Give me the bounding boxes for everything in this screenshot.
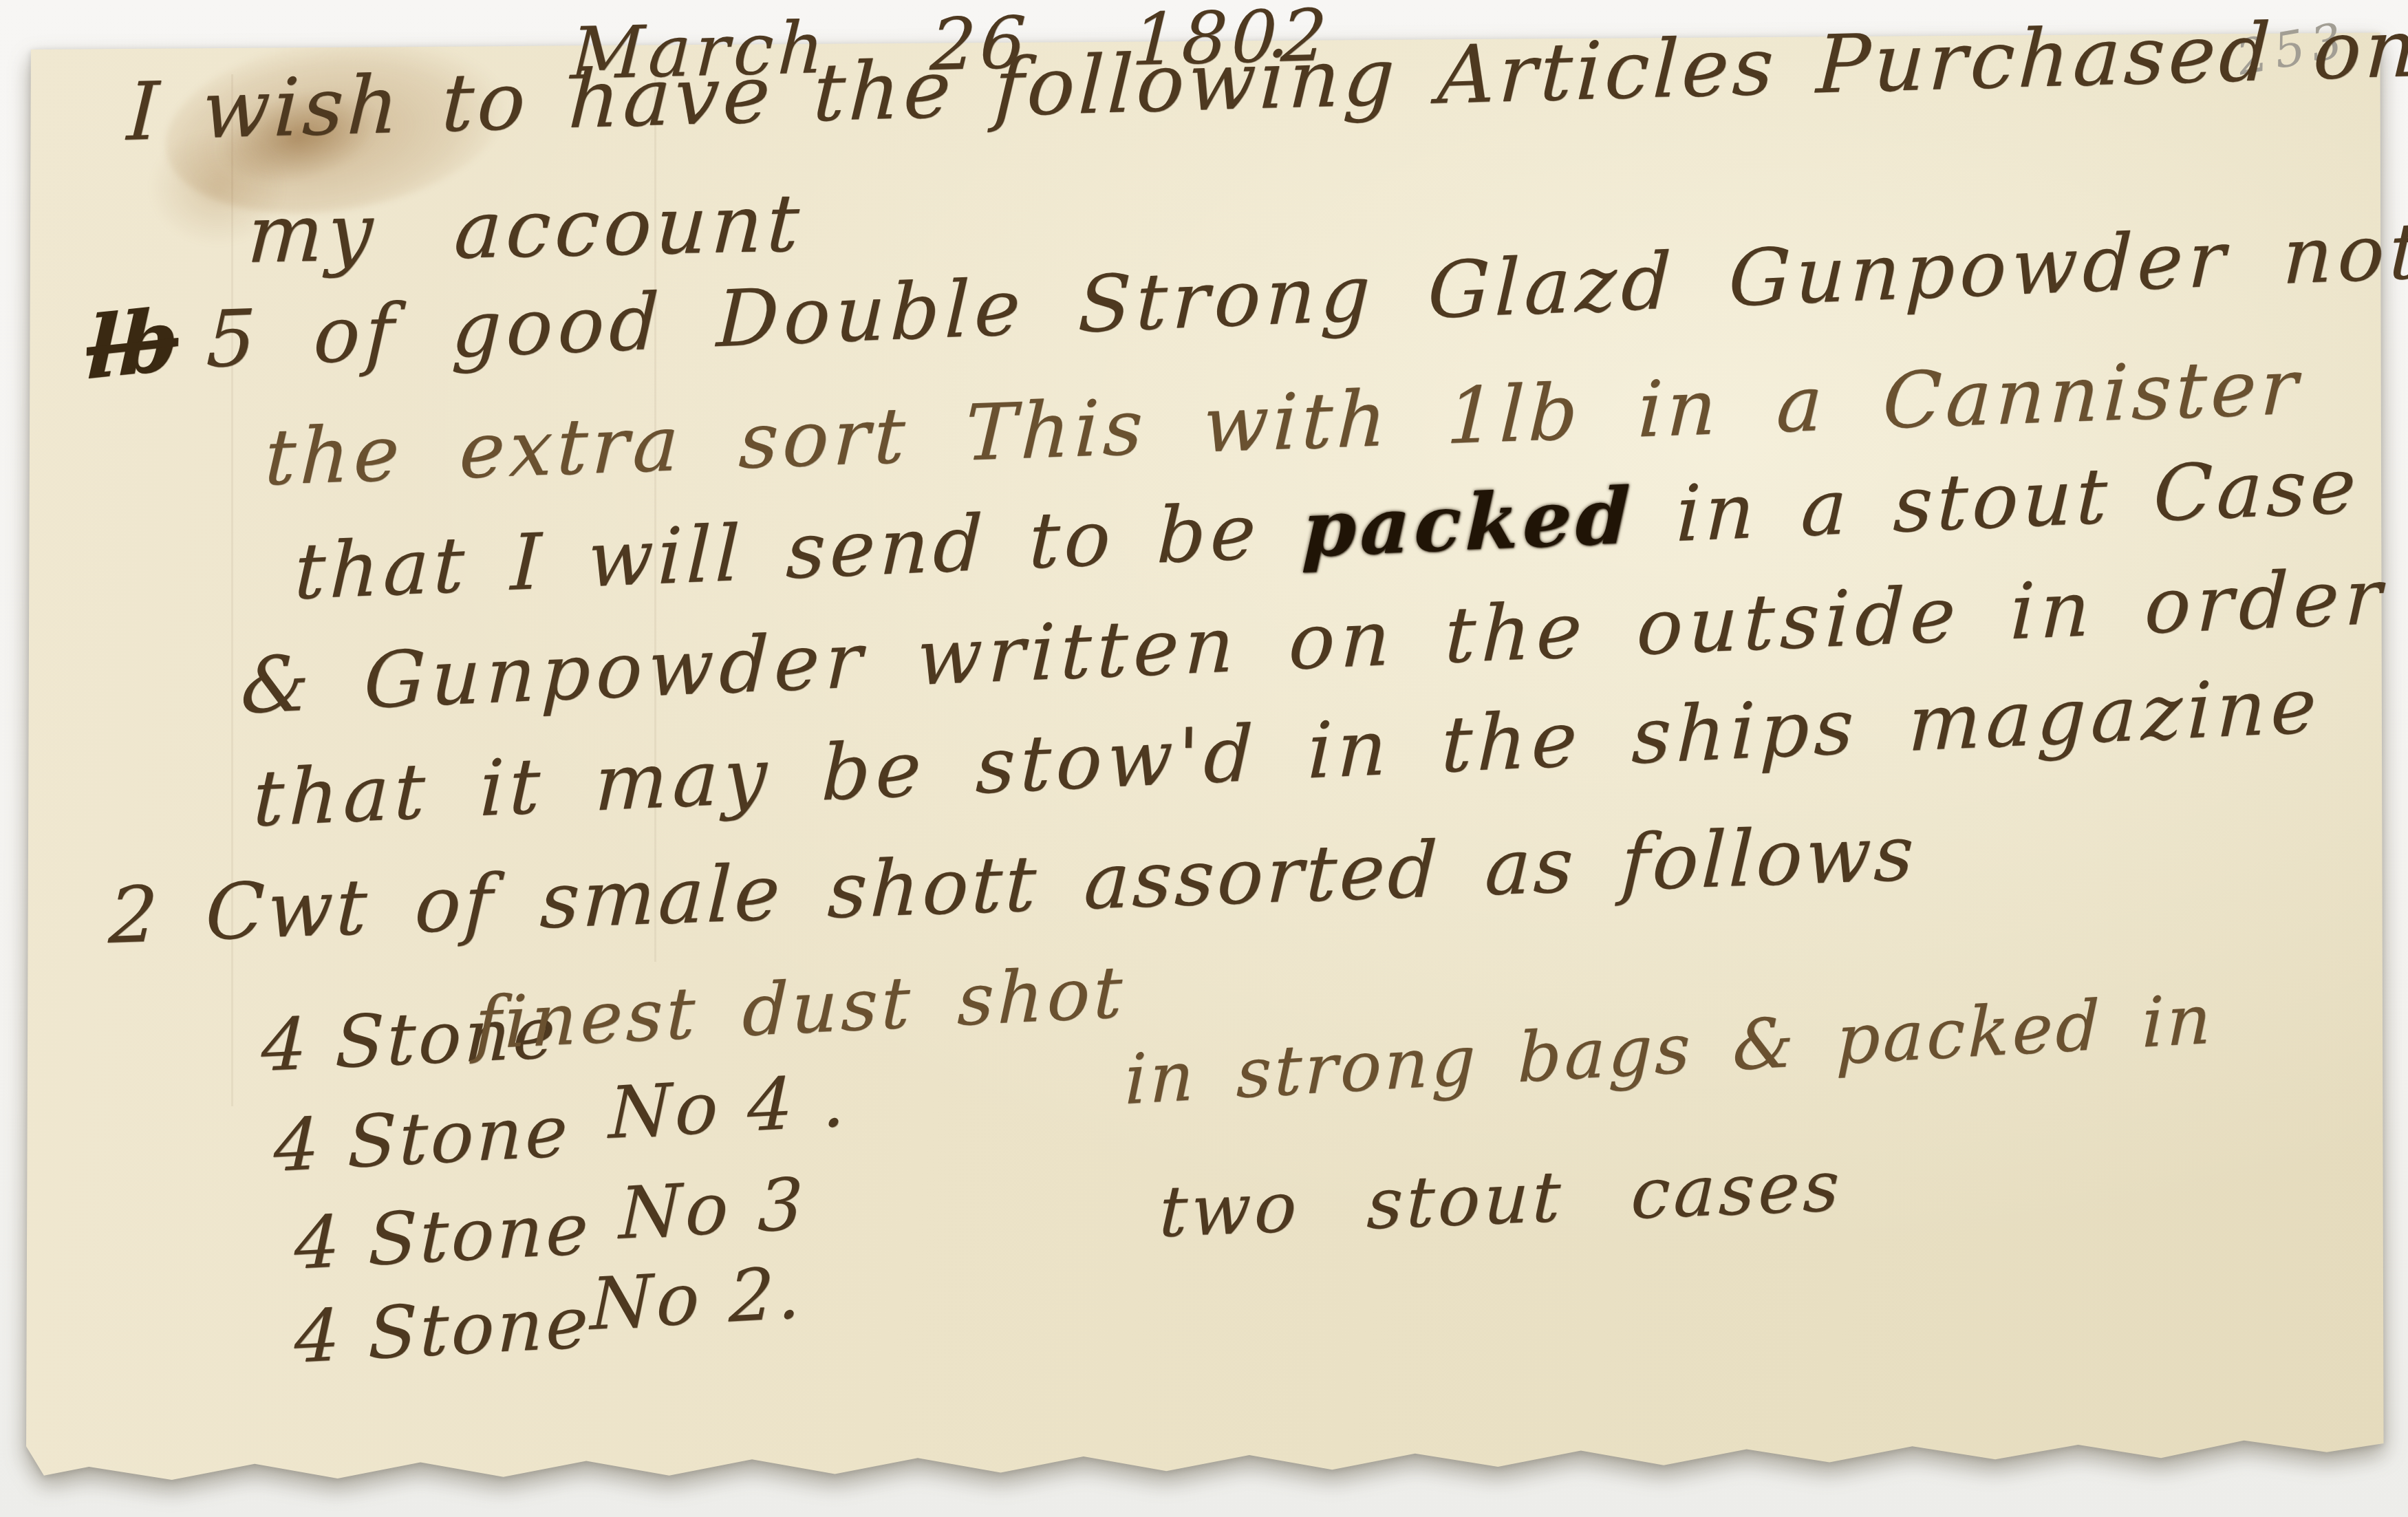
shot-row-4-grade: No 2. (590, 1257, 804, 1341)
opening-line-2: my account (246, 184, 805, 275)
shot-row-4-qty: 4 Stone (294, 1286, 592, 1373)
shot-row-3-grade: No 3 (619, 1168, 807, 1250)
pound-weight-symbol: lb (85, 297, 180, 392)
photograph-stage: March 26 1802 253 I wish to have the fol… (0, 0, 2408, 1517)
corrected-word-packed: packed (1301, 471, 1635, 574)
shot-row-2-qty: 4 Stone (273, 1095, 571, 1182)
shot-row-2-grade: No 4 . (608, 1065, 849, 1150)
shot-row-3-qty: 4 Stone (294, 1192, 592, 1280)
